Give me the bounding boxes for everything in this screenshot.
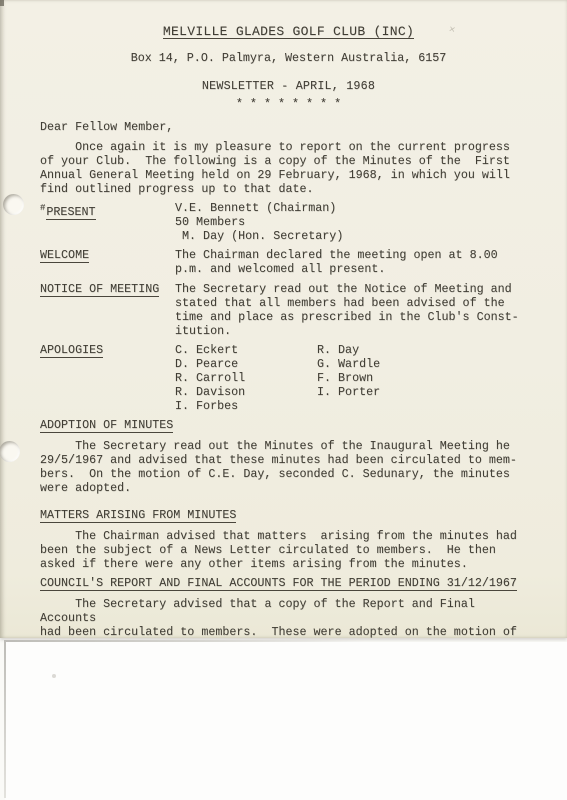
newsletter-page: ✕ MELVILLE GLADES GOLF CLUB (INC) Box 14… xyxy=(0,0,567,638)
matters-text: The Chairman advised that matters arisin… xyxy=(40,529,537,571)
apologies-names: C. Eckert D. Pearce R. Carroll R. Daviso… xyxy=(175,343,537,413)
underlying-sheet xyxy=(5,642,567,800)
welcome-label-cell: WELCOME xyxy=(40,248,175,263)
club-name-line: MELVILLE GLADES GOLF CLUB (INC) xyxy=(40,25,537,39)
section-councils-report: COUNCIL'S REPORT AND FINAL ACCOUNTS FOR … xyxy=(40,576,537,639)
club-name: MELVILLE GLADES GOLF CLUB (INC) xyxy=(163,25,414,39)
present-label-cell: #PRESENT xyxy=(40,201,175,220)
apologies-names-column1: C. Eckert D. Pearce R. Carroll R. Daviso… xyxy=(175,343,317,413)
welcome-label: WELCOME xyxy=(40,249,89,263)
adoption-heading: ADOPTION OF MINUTES xyxy=(40,419,173,433)
notice-label: NOTICE OF MEETING xyxy=(40,283,159,297)
section-welcome: WELCOME The Chairman declared the meetin… xyxy=(40,248,537,276)
scan-speck xyxy=(52,674,56,678)
councils-report-text: The Secretary advised that a copy of the… xyxy=(40,597,537,639)
scanned-document: ✕ MELVILLE GLADES GOLF CLUB (INC) Box 14… xyxy=(0,0,567,800)
underlying-sheet-left-edge xyxy=(4,640,6,798)
section-notice-of-meeting: NOTICE OF MEETING The Secretary read out… xyxy=(40,282,537,338)
councils-report-heading: COUNCIL'S REPORT AND FINAL ACCOUNTS FOR … xyxy=(40,577,517,591)
letterhead: MELVILLE GLADES GOLF CLUB (INC) Box 14, … xyxy=(40,25,537,111)
section-apologies: APOLOGIES C. Eckert D. Pearce R. Carroll… xyxy=(40,343,537,413)
present-attendees: V.E. Bennett (Chairman) 50 Members M. Da… xyxy=(175,201,537,243)
apologies-label-cell: APOLOGIES xyxy=(40,343,175,358)
councils-report-heading-line: COUNCIL'S REPORT AND FINAL ACCOUNTS FOR … xyxy=(40,576,537,591)
apologies-label: APOLOGIES xyxy=(40,344,103,358)
typed-content: MELVILLE GLADES GOLF CLUB (INC) Box 14, … xyxy=(0,0,567,638)
present-label: PRESENT xyxy=(46,206,95,220)
notice-text: The Secretary read out the Notice of Mee… xyxy=(175,282,537,338)
matters-heading: MATTERS ARISING FROM MINUTES xyxy=(40,509,236,523)
section-adoption-of-minutes: ADOPTION OF MINUTES The Secretary read o… xyxy=(40,418,537,495)
section-present: #PRESENT V.E. Bennett (Chairman) 50 Memb… xyxy=(40,201,537,243)
welcome-text: The Chairman declared the meeting open a… xyxy=(175,248,537,276)
newsletter-title: NEWSLETTER - APRIL, 1968 xyxy=(40,79,537,93)
star-separator: * * * * * * * * xyxy=(40,97,537,111)
adoption-text: The Secretary read out the Minutes of th… xyxy=(40,439,537,495)
section-matters-arising: MATTERS ARISING FROM MINUTES The Chairma… xyxy=(40,508,537,571)
salutation: Dear Fellow Member, xyxy=(40,120,537,134)
notice-label-cell: NOTICE OF MEETING xyxy=(40,282,175,297)
present-prefix-mark: # xyxy=(40,203,45,213)
apologies-names-column2: R. Day G. Wardle F. Brown I. Porter xyxy=(317,343,537,413)
intro-paragraph: Once again it is my pleasure to report o… xyxy=(40,140,537,196)
adoption-heading-line: ADOPTION OF MINUTES xyxy=(40,418,537,433)
underlying-sheet-top-edge xyxy=(4,640,364,642)
club-address: Box 14, P.O. Palmyra, Western Australia,… xyxy=(40,51,537,65)
matters-heading-line: MATTERS ARISING FROM MINUTES xyxy=(40,508,537,523)
